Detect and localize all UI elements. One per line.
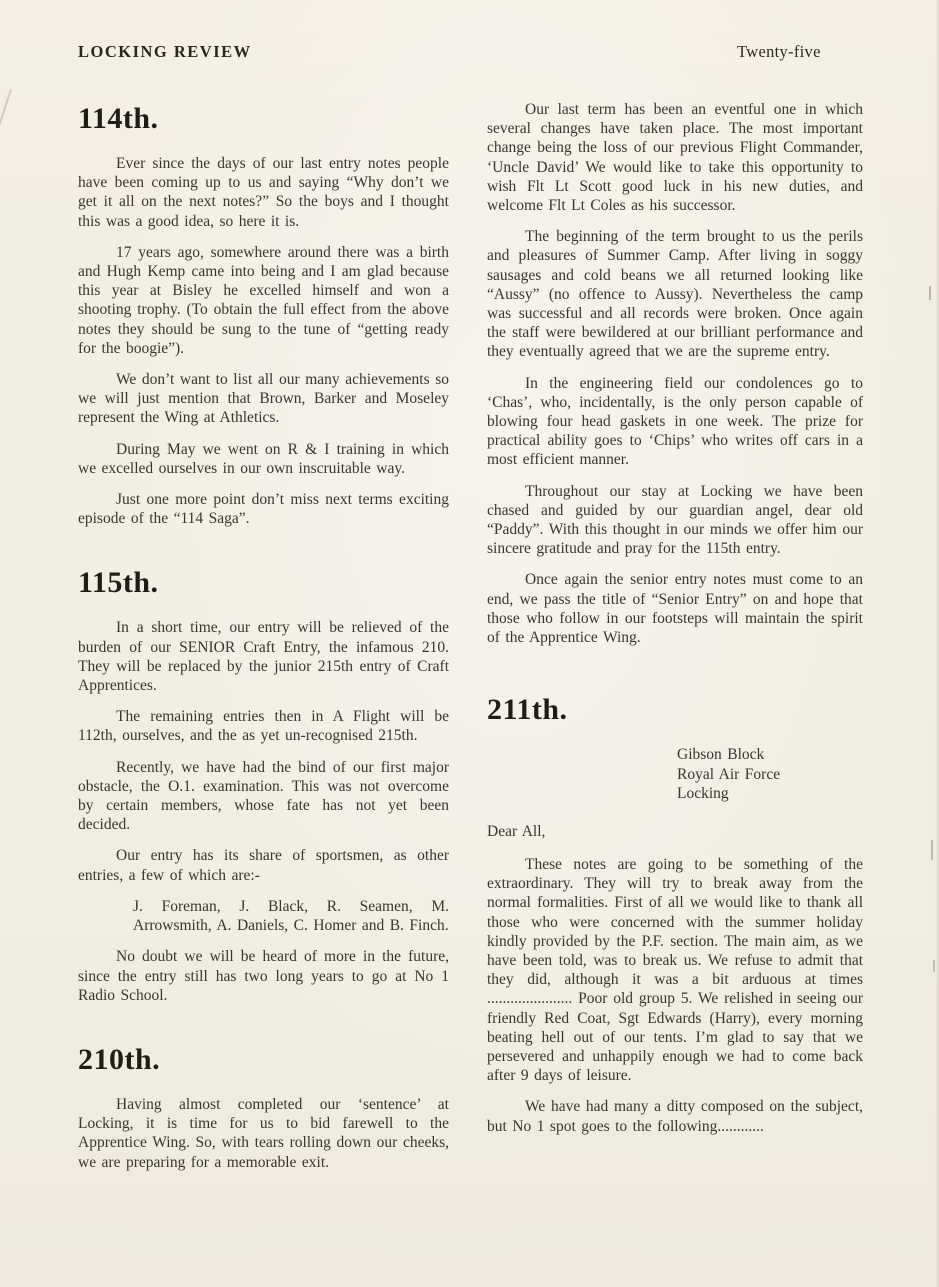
paragraph-114-4: During May we went on R & I training in … [78,440,449,478]
section-heading-211th: 211th. [487,695,863,725]
paragraph-115-2: The remaining entries then in A Flight w… [78,707,449,745]
scan-mark-artifact [931,840,933,860]
scan-mark-artifact [929,286,931,300]
address-line-2: Royal Air Force [677,765,863,785]
paragraph-cont-2: The beginning of the term brought to us … [487,227,863,361]
page-number: Twenty-five [737,42,821,62]
paragraph-115-3: Recently, we have had the bind of our fi… [78,758,449,835]
section-heading-210th: 210th. [78,1045,449,1075]
paragraph-115-closing: No doubt we will be heard of more in the… [78,947,449,1005]
paragraph-115-1: In a short time, our entry will be relie… [78,618,449,695]
scan-mark-artifact [933,960,935,972]
sportsmen-names-list: J. Foreman, J. Black, R. Seamen, M. Arro… [133,897,449,935]
magazine-page: LOCKING REVIEW Twenty-five 114th. Ever s… [0,0,939,1287]
address-line-1: Gibson Block [677,745,863,765]
right-column: Our last term has been an eventful one i… [487,100,863,1148]
paragraph-114-2: 17 years ago, somewhere around there was… [78,243,449,358]
paragraph-cont-4: Throughout our stay at Locking we have b… [487,482,863,559]
section-heading-114th: 114th. [78,104,449,134]
page-edge-shadow [935,0,939,1287]
address-block: Gibson Block Royal Air Force Locking [677,745,863,804]
paragraph-115-sportsmen-intro: Our entry has its share of sportsmen, as… [78,846,449,884]
paragraph-cont-5: Once again the senior entry notes must c… [487,570,863,647]
paragraph-114-1: Ever since the days of our last entry no… [78,154,449,231]
paragraph-211-2: We have had many a ditty composed on the… [487,1097,863,1135]
paragraph-210-1: Having almost completed our ‘sentence’ a… [78,1095,449,1172]
scan-scratch-artifact [0,89,12,133]
paragraph-114-5: Just one more point don’t miss next term… [78,490,449,528]
address-line-3: Locking [677,784,863,804]
salutation: Dear All, [487,822,863,841]
paragraph-114-3: We don’t want to list all our many achie… [78,370,449,428]
paragraph-cont-3: In the engineering field our condolences… [487,374,863,470]
paragraph-211-1: These notes are going to be something of… [487,855,863,1085]
section-heading-115th: 115th. [78,568,449,598]
left-column: 114th. Ever since the days of our last e… [78,100,449,1184]
paragraph-cont-1: Our last term has been an eventful one i… [487,100,863,215]
publication-title: LOCKING REVIEW [78,42,252,62]
